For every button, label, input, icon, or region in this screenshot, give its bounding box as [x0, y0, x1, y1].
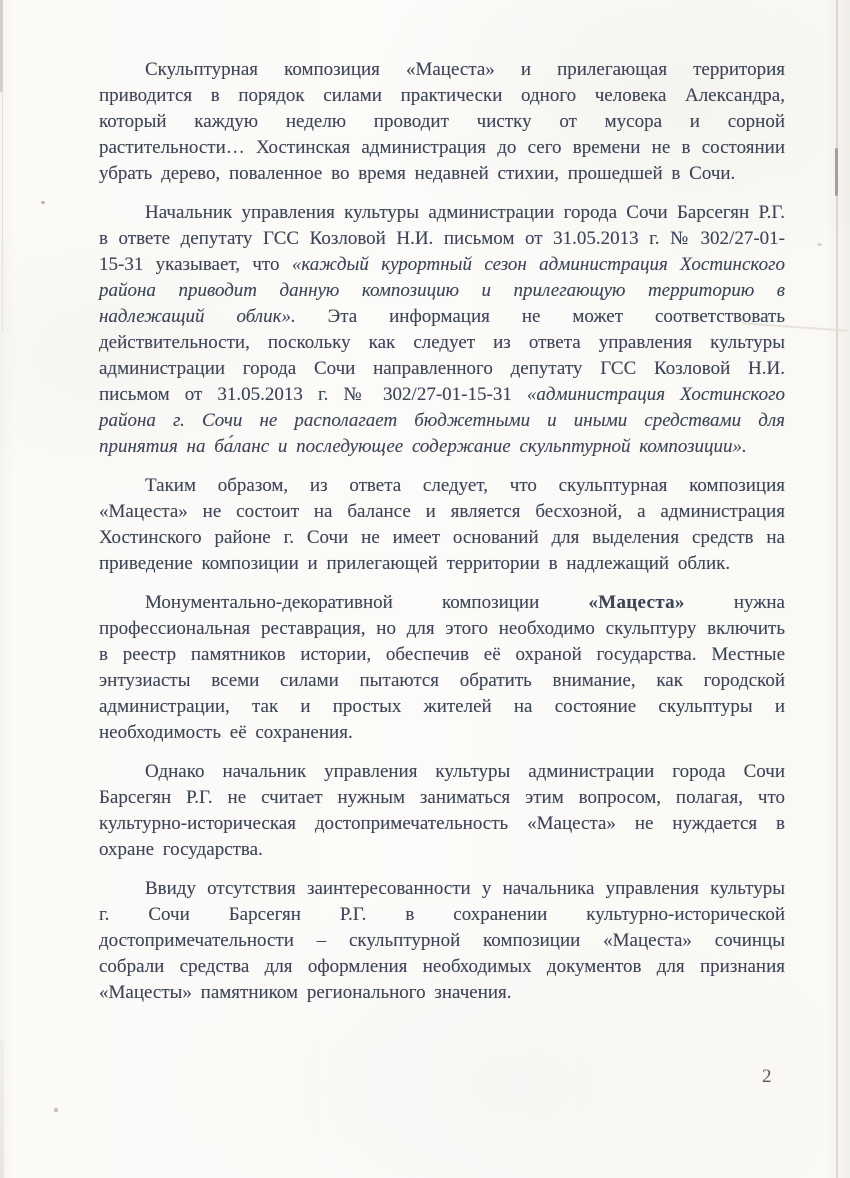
text-segment: Монументально-декоративной композиции [145, 592, 588, 613]
scan-artifact-left-edge-faint-line [2, 92, 3, 332]
paragraph: Однако начальник управления культуры адм… [99, 759, 785, 863]
text-segment: Однако начальник управления культуры адм… [99, 761, 785, 860]
text-segment: Ввиду отсутствия заинтересованности у на… [99, 878, 785, 1003]
paragraph: Скульптурная композиция «Мацеста» и прил… [99, 57, 785, 187]
text-segment: нужна профессиональная реставрация, но д… [99, 592, 785, 743]
text-segment: «Мацеста» [588, 592, 684, 613]
paragraph: Начальник управления культуры администра… [99, 200, 785, 460]
scan-artifact-right-edge-dark-segment [835, 148, 838, 196]
document-page: Скульптурная композиция «Мацеста» и прил… [0, 0, 850, 1178]
scan-artifact-speck [817, 243, 822, 246]
paragraphs-container: Скульптурная композиция «Мацеста» и прил… [99, 57, 785, 1019]
scan-artifact-left-edge-bottom [0, 1040, 4, 1178]
page-number: 2 [762, 1066, 772, 1088]
paragraph: Таким образом, из ответа следует, что ск… [99, 473, 785, 577]
paragraph: Ввиду отсутствия заинтересованности у на… [99, 876, 785, 1006]
paragraph: Монументально-декоративной композиции «М… [99, 590, 785, 746]
scan-artifact-left-edge-top [0, 0, 3, 92]
scan-artifact-right-edge-line [836, 0, 838, 1178]
scan-artifact-speck [41, 201, 45, 204]
text-segment: Скульптурная композиция «Мацеста» и прил… [99, 59, 785, 184]
scan-artifact-speck [54, 1108, 58, 1112]
text-segment: Таким образом, из ответа следует, что ск… [99, 475, 785, 574]
